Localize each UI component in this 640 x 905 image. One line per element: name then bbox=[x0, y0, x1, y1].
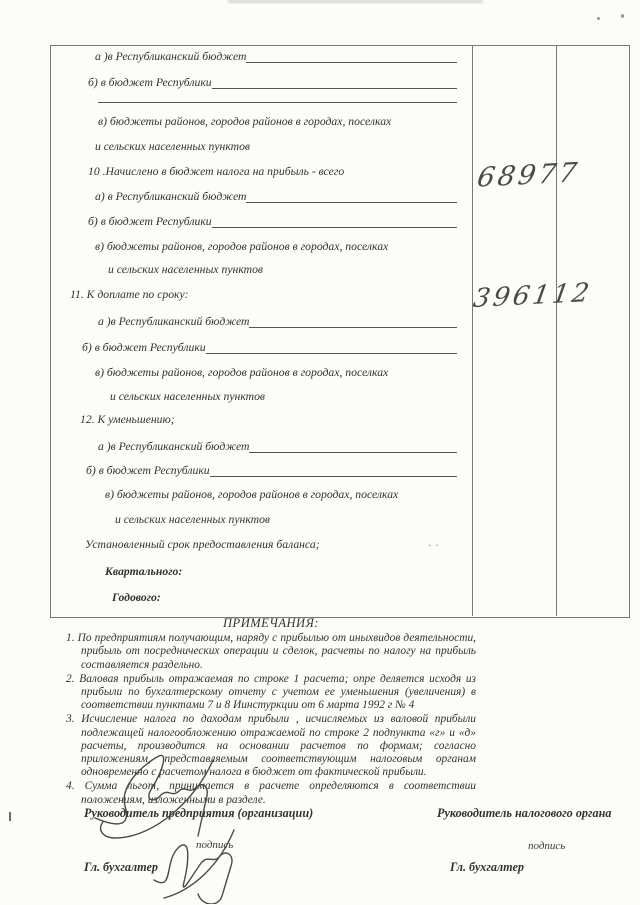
form-line-10v2: и сельских населенных пунктов bbox=[108, 263, 263, 277]
form-line-label: 12. К уменьшению; bbox=[80, 413, 175, 427]
form-line-12v: в) бюджеты районов, городов районов в го… bbox=[105, 488, 398, 502]
note-item-3: 3. Исчисление налога по даходам прибыли … bbox=[66, 713, 476, 779]
form-line-label: и сельских населенных пунктов bbox=[115, 513, 270, 527]
table-column-rule bbox=[556, 45, 557, 616]
fill-in-line bbox=[212, 227, 457, 228]
fill-in-line bbox=[249, 327, 457, 328]
scan-margin-mark bbox=[9, 812, 11, 821]
fill-in-line bbox=[246, 62, 457, 63]
form-line-label: б) в бюджет Республики bbox=[86, 464, 210, 478]
form-line-9b: б) в бюджет Республики bbox=[88, 76, 457, 90]
form-line-9v: в) бюджеты районов, городов районов в го… bbox=[98, 115, 391, 129]
table-column-rule bbox=[472, 45, 473, 616]
form-line-11a: а )в Республиканский бюджет bbox=[98, 315, 457, 329]
director-enterprise-label: Руководитель предприятия (организации) bbox=[84, 806, 313, 821]
form-line-blank bbox=[98, 102, 457, 104]
form-line-label: Годового: bbox=[112, 591, 161, 605]
scan-smudge bbox=[228, 0, 483, 3]
form-line-9v2: и сельских населенных пунктов bbox=[95, 140, 250, 154]
signature-caption: подпись bbox=[196, 839, 233, 851]
form-line-10v: в) бюджеты районов, городов районов в го… bbox=[95, 240, 388, 254]
form-line-deadline: Установленный срок предоставления баланс… bbox=[85, 538, 320, 552]
form-line-10a: а) в Республиканский бюджет bbox=[95, 190, 457, 204]
chief-accountant-left-label: Гл. бухгалтер bbox=[84, 860, 158, 875]
form-line-9a: а )в Республиканский бюджет bbox=[95, 50, 457, 64]
form-line-annual: Годового: bbox=[112, 591, 161, 605]
form-line-label: в) бюджеты районов, городов районов в го… bbox=[105, 488, 398, 502]
form-line-label: и сельских населенных пунктов bbox=[95, 140, 250, 154]
fill-in-line bbox=[249, 452, 457, 453]
form-line-label: в) бюджеты районов, городов районов в го… bbox=[95, 366, 388, 380]
form-line-label: в) бюджеты районов, городов районов в го… bbox=[95, 240, 388, 254]
scanned-tax-form-page: ·· а )в Республиканский бюджет б) в бюдж… bbox=[0, 0, 640, 905]
fill-in-line bbox=[246, 202, 457, 203]
form-line-11: 11. К доплате по сроку: bbox=[70, 288, 188, 302]
form-line-label: а )в Республиканский бюджет bbox=[98, 315, 249, 329]
form-line-label: б) в бюджет Республики bbox=[88, 215, 212, 229]
chief-accountant-right-label: Гл. бухгалтер bbox=[450, 860, 524, 875]
form-line-11v2: и сельских населенных пунктов bbox=[110, 390, 265, 404]
form-line-12a: а )в Республиканский бюджет bbox=[98, 440, 457, 454]
form-line-quarterly: Квартального: bbox=[105, 565, 182, 579]
form-line-10: 10 .Начислено в бюджет налога на прибыль… bbox=[88, 165, 344, 179]
form-line-label: 11. К доплате по сроку: bbox=[70, 288, 188, 302]
form-line-12b: б) в бюджет Республики bbox=[86, 464, 457, 478]
form-line-11v: в) бюджеты районов, городов районов в го… bbox=[95, 366, 388, 380]
form-line-label: Установленный срок предоставления баланс… bbox=[85, 538, 320, 552]
fill-in-line bbox=[210, 476, 457, 477]
form-line-label: в) бюджеты районов, городов районов в го… bbox=[98, 115, 391, 129]
notes-title: ПРИМЕЧАНИЯ: bbox=[66, 617, 476, 630]
form-line-12: 12. К уменьшению; bbox=[80, 413, 175, 427]
form-line-label: Квартального: bbox=[105, 565, 182, 579]
form-line-label: а )в Республиканский бюджет bbox=[95, 50, 246, 64]
form-line-11b: б) в бюджет Республики bbox=[82, 341, 457, 355]
note-item-1: 1. По предприятиям получающим, наряду с … bbox=[66, 632, 476, 672]
signature-caption: подпись bbox=[528, 840, 565, 852]
form-line-label: б) в бюджет Республики bbox=[88, 76, 212, 90]
fill-in-line bbox=[212, 88, 457, 89]
form-line-label: а) в Республиканский бюджет bbox=[95, 190, 246, 204]
form-line-label: и сельских населенных пунктов bbox=[110, 390, 265, 404]
handwritten-value-line10: 68977 bbox=[475, 157, 582, 193]
form-line-12v2: и сельских населенных пунктов bbox=[115, 513, 270, 527]
form-table-frame bbox=[50, 45, 630, 618]
accountant-signature-scribble bbox=[142, 822, 272, 904]
fill-in-line bbox=[206, 353, 457, 354]
form-line-label: б) в бюджет Республики bbox=[82, 341, 206, 355]
form-line-10b: б) в бюджет Республики bbox=[88, 215, 457, 229]
director-tax-authority-label: Руководитель налогового органа bbox=[437, 806, 611, 821]
form-line-label: 10 .Начислено в бюджет налога на прибыль… bbox=[88, 165, 344, 179]
note-item-2: 2. Валовая прибыль отражаемая по строке … bbox=[66, 673, 476, 713]
scan-artifact-dot bbox=[597, 17, 600, 20]
form-line-label: а )в Республиканский бюджет bbox=[98, 440, 249, 454]
notes-section: ПРИМЕЧАНИЯ: 1. По предприятиям получающи… bbox=[66, 617, 476, 808]
scan-artifact-dot bbox=[621, 14, 624, 18]
note-item-4: 4. Сумма льгот, принимается в расчете оп… bbox=[66, 780, 476, 806]
fill-in-line bbox=[98, 102, 457, 103]
form-line-label: и сельских населенных пунктов bbox=[108, 263, 263, 277]
